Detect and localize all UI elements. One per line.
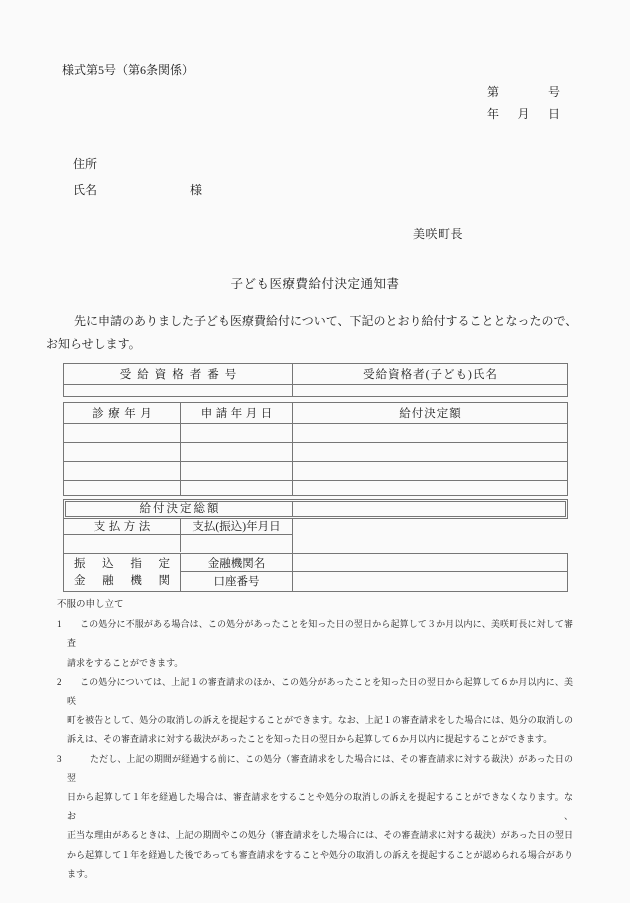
recipient-number-value-cell (64, 385, 293, 396)
appeal-notes-heading: 不服の申し立て (57, 596, 573, 615)
detail-cell (181, 424, 293, 442)
note-text: 町を被告として、処分の取消しの訴えを提起することができます。なお、上記１の審査請… (67, 711, 573, 730)
total-label: 給付決定総額 (66, 502, 293, 516)
document-number-row: 第 号 (487, 85, 560, 99)
recipient-name-value-cell (293, 385, 567, 396)
recipient-block: 受給資格者番号 受給資格者(子ども)氏名 (63, 363, 568, 397)
bank-block: 振込指定 金融機関 金融機関名 口座番号 (63, 553, 568, 592)
name-label: 氏名 (73, 183, 97, 197)
detail-cell (293, 481, 567, 495)
intro-text-line1: 先に申請のありました子ども医療費給付について、下記のとおり給付することとなったの… (46, 312, 577, 329)
bank-designation-cell: 振込指定 金融機関 (64, 554, 181, 591)
honorific-label: 様 (190, 183, 202, 197)
bank-designation-line1: 振込指定 (74, 556, 170, 572)
recipient-number-header: 受給資格者番号 (64, 364, 293, 384)
issuer-name: 美咲町長 (413, 227, 463, 241)
treatment-month-header: 診療年月 (64, 403, 181, 423)
name-row: 氏名 様 (73, 183, 273, 197)
document-date-row: 年 月 日 (487, 107, 560, 121)
detail-cell (293, 462, 567, 480)
document-page: 様式第5号（第6条関係） 第 号 年 月 日 住所 氏名 様 美咲町長 子ども医… (0, 0, 630, 903)
appeal-note-3: 3 ただし、上記の期間が経過する前に、この処分（審査請求をした場合には、その審査… (57, 750, 573, 884)
bank-name-value-cell (293, 554, 567, 572)
total-block: 給付決定総額 (63, 499, 568, 519)
detail-cell (181, 462, 293, 480)
date-year-label: 年 (487, 107, 499, 121)
detail-cell (64, 462, 181, 480)
appeal-note-2: 2 この処分については、上記１の審査請求のほか、この処分があったことを知った日の… (57, 673, 573, 750)
recipient-name-header: 受給資格者(子ども)氏名 (293, 364, 567, 384)
note-number: 2 (57, 673, 62, 692)
detail-cell (181, 481, 293, 495)
note-number: 1 (57, 615, 62, 634)
date-month-label: 月 (517, 107, 529, 121)
detail-row-1 (64, 423, 567, 442)
note-text: ただし、上記の期間が経過する前に、この処分（審査請求をした場合には、その審査請求… (67, 750, 573, 788)
note-text: 訴えは、その審査請求に対する裁決があったことを知った日の翌日から起算して６か月以… (67, 730, 573, 749)
benefit-amount-header: 給付決定額 (293, 403, 567, 423)
note-text: 請求をすることができます。 (67, 654, 573, 673)
detail-cell (293, 424, 567, 442)
payment-date-header: 支払(振込)年月日 (181, 518, 292, 534)
note-text: この処分に不服がある場合は、この処分があったことを知った日の翌日から起算して３か… (67, 615, 573, 653)
date-day-label: 日 (548, 107, 560, 121)
detail-row-3 (64, 461, 567, 480)
detail-cell (64, 481, 181, 495)
form-number: 様式第5号（第6条関係） (62, 63, 194, 77)
address-label: 住所 (73, 157, 97, 171)
account-number-value-cell (293, 572, 567, 590)
intro-text-line2: お知らせします。 (46, 335, 141, 352)
note-text: から起算して１年を経過した後であっても審査請求をすることや処分の取消しの訴えを提… (67, 846, 573, 865)
note-text: ます。 (67, 865, 573, 884)
document-number-prefix: 第 (487, 85, 499, 99)
detail-cell (181, 443, 293, 461)
detail-cell (293, 443, 567, 461)
appeal-note-1: 1 この処分に不服がある場合は、この処分があったことを知った日の翌日から起算して… (57, 615, 573, 673)
appeal-notes: 不服の申し立て 1 この処分に不服がある場合は、この処分があったことを知った日の… (57, 596, 573, 884)
detail-block: 診療年月 申請年月日 給付決定額 (63, 402, 568, 496)
payment-method-header: 支払方法 (64, 518, 181, 534)
detail-row-2 (64, 442, 567, 461)
account-number-header: 口座番号 (181, 572, 292, 590)
bank-name-header: 金融機関名 (181, 554, 292, 572)
detail-cell (64, 443, 181, 461)
application-date-header: 申請年月日 (181, 403, 293, 423)
payment-open-cell (293, 518, 568, 553)
note-text: この処分については、上記１の審査請求のほか、この処分があったことを知った日の翌日… (67, 673, 573, 711)
detail-cell (64, 424, 181, 442)
note-text: 日から起算して１年を経過した場合は、審査請求をすることや処分の取消しの訴えを提起… (67, 788, 573, 826)
payment-method-value-cell (64, 535, 181, 552)
note-text: 正当な理由があるときは、上記の期間やこの処分（審査請求をした場合には、その審査請… (67, 826, 573, 845)
detail-row-4 (64, 480, 567, 495)
total-value-cell (293, 502, 565, 516)
payment-date-value-cell (181, 535, 292, 552)
note-number: 3 (57, 750, 62, 769)
bank-designation-line2: 金融機関 (74, 573, 170, 589)
page-title: 子ども医療費給付決定通知書 (0, 274, 630, 292)
document-number-suffix: 号 (548, 85, 560, 99)
payment-block: 支払方法 支払(振込)年月日 (63, 518, 568, 553)
